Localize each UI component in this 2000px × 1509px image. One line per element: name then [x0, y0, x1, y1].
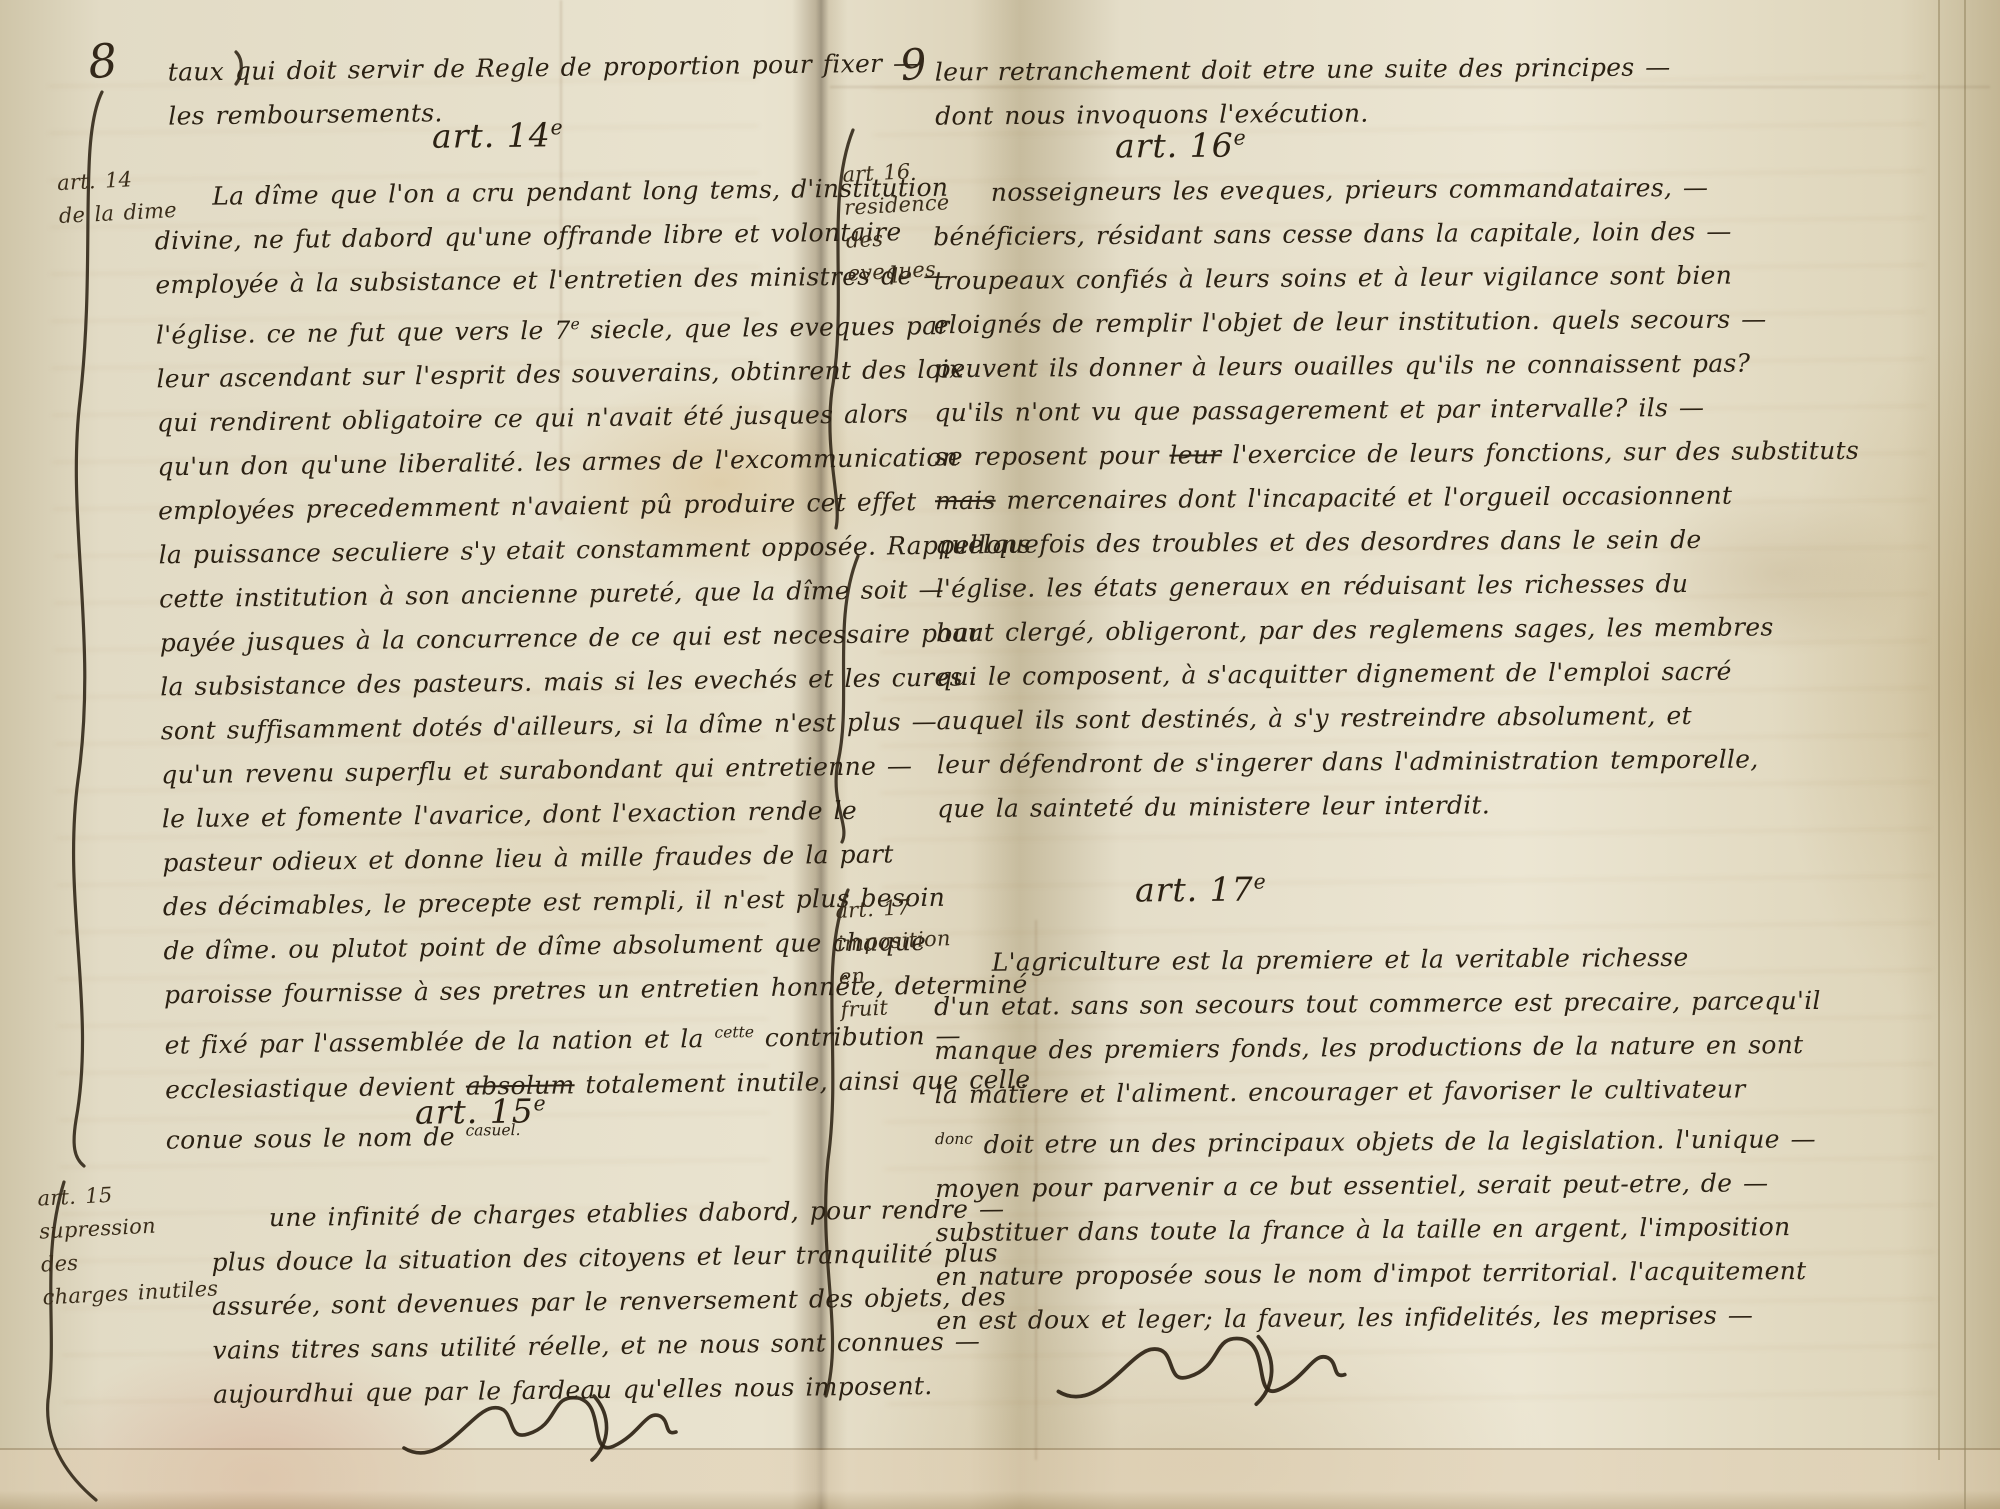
- manuscript-line: bénéficiers, résidant sans cesse dans la…: [933, 209, 1858, 259]
- page-number: 8: [85, 33, 120, 90]
- manuscript-photo: { "document": { "colors": { "ink": "#2b2…: [0, 0, 2000, 1509]
- manuscript-line: substituer dans toute la france à la tai…: [935, 1205, 1822, 1255]
- inserted-word: e: [570, 315, 579, 333]
- inserted-word: e: [1234, 126, 1246, 150]
- manuscript-line: l'église. les états generaux en réduisan…: [935, 561, 1860, 611]
- manuscript-line: eloignés de remplir l'objet de leur inst…: [934, 297, 1859, 347]
- manuscript-line: nosseigneurs les eveques, prieurs comman…: [933, 165, 1858, 215]
- manuscript-line: d'un etat. sans son secours tout commerc…: [934, 979, 1821, 1029]
- manuscript-line: dont nous invoquons l'exécution.: [935, 89, 1671, 138]
- carryover-text: leur retranchement doit etre une suite d…: [935, 45, 1671, 138]
- manuscript-line: moyen pour parvenir a ce but essentiel, …: [935, 1161, 1822, 1211]
- struck-word: leur: [1169, 440, 1221, 469]
- manuscript-line: L'agriculture est la premiere et la veri…: [934, 935, 1821, 985]
- manuscript-line: qu'ils n'ont vu que passagerement et par…: [934, 385, 1859, 435]
- manuscript-line: taux qui doit servir de Regle de proport…: [167, 41, 918, 94]
- struck-word: mais: [935, 486, 996, 515]
- manuscript-line: donc doit etre un des principaux objets …: [935, 1111, 1822, 1168]
- manuscript-line: haut clergé, obligeront, par des regleme…: [936, 605, 1861, 655]
- manuscript-line: manque des premiers fonds, les productio…: [934, 1023, 1821, 1073]
- article-body: nosseigneurs les eveques, prieurs comman…: [933, 165, 1862, 831]
- inserted-word: donc: [935, 1130, 973, 1148]
- article-body: L'agriculture est la premiere et la veri…: [934, 935, 1824, 1344]
- manuscript-line: conue sous le nom de casuel.: [165, 1101, 1038, 1162]
- page-number: 9: [898, 39, 930, 91]
- inserted-word: cette: [714, 1023, 754, 1041]
- manuscript-line: peuvent ils donner à leurs ouailles qu'i…: [934, 341, 1859, 391]
- manuscript-line: leur défendront de s'ingerer dans l'admi…: [937, 737, 1862, 787]
- manuscript-line: qui le composent, à s'acquitter dignemen…: [936, 649, 1861, 699]
- manuscript-line: leur retranchement doit etre une suite d…: [935, 45, 1671, 94]
- manuscript-line: en nature proposée sous le nom d'impot t…: [936, 1249, 1823, 1299]
- article-heading: art. 17e: [1135, 870, 1266, 910]
- manuscript-line: auquel ils sont destinés, à s'y restrein…: [936, 693, 1861, 743]
- manuscript-line: la matiere et l'aliment. encourager et f…: [935, 1067, 1822, 1117]
- manuscript-line: que la sainteté du ministere leur interd…: [937, 781, 1862, 831]
- signature-flourish-icon: [1040, 1322, 1380, 1422]
- margin-note: art. 15supressiondescharges inutiles: [37, 1173, 219, 1314]
- inserted-word: e: [533, 1091, 545, 1115]
- article-heading: art. 16e: [1115, 126, 1246, 166]
- inserted-word: e: [550, 115, 562, 139]
- article-heading: art. 15e: [415, 1091, 546, 1132]
- manuscript-line: mais mercenaires dont l'incapacité et l'…: [935, 473, 1860, 523]
- manuscript-line: quelquefois des troubles et des desordre…: [935, 517, 1860, 567]
- manuscript-line: se reposent pour leur l'exercice de leur…: [935, 429, 1860, 479]
- manuscript-line: troupeaux confiés à leurs soins et à leu…: [933, 253, 1858, 303]
- signature-flourish-icon: [398, 1382, 698, 1477]
- inserted-word: e: [1254, 870, 1266, 894]
- article-heading: art. 14e: [432, 115, 563, 156]
